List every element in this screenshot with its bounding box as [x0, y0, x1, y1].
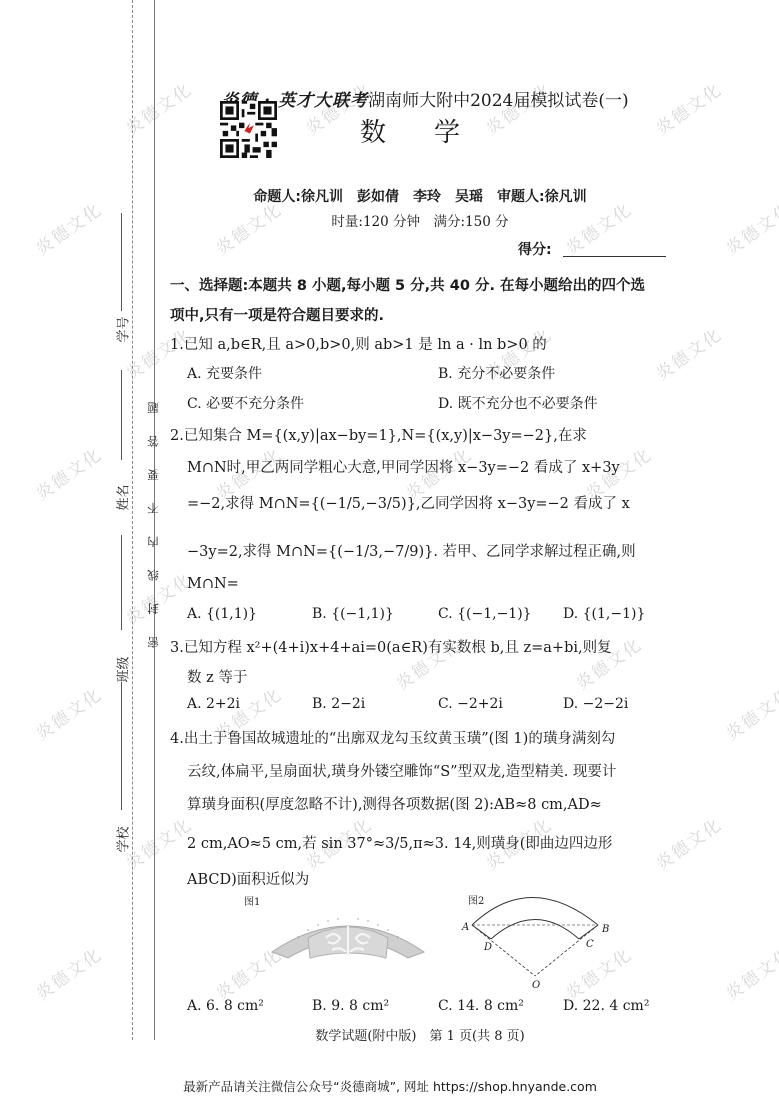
question-1: 1.已知 a,b∈R,且 a>0,b>0,则 ab>1 是 ln a · ln …	[170, 333, 670, 354]
question-4-line2: 云纹,体扁平,呈扇面状,璜身外镂空雕饰“S”型双龙,造型精美. 现要计	[187, 760, 687, 781]
watermark: 炎德文化	[30, 440, 107, 504]
watermark: 炎德文化	[30, 680, 107, 744]
watermark: 炎德文化	[650, 75, 727, 139]
watermark: 炎德文化	[720, 195, 779, 259]
question-stem: 已知集合 M={(x,y)|ax−by=1},N={(x,y)|x−3y=−2}…	[184, 428, 587, 444]
q3-option-d[interactable]: D. −2−2i	[563, 696, 628, 712]
q2-option-a[interactable]: A. {(1,1)}	[187, 606, 257, 622]
student-id-label: 学号	[113, 316, 132, 344]
school-label: 学校	[113, 826, 132, 854]
question-stem: 已知 a,b∈R,且 a>0,b>0,则 ab>1 是 ln a · ln b>…	[184, 337, 547, 353]
q4-option-b[interactable]: B. 9. 8 cm²	[312, 998, 389, 1014]
question-number: 3.	[170, 640, 184, 656]
question-2-line3: =−2,求得 M∩N={(−1/5,−3/5)},乙同学因将 x−3y=−2 看…	[187, 492, 687, 513]
q1-option-a[interactable]: A. 充要条件	[187, 363, 262, 383]
qr-code-icon[interactable]	[220, 101, 277, 158]
figure-1-jade-image	[268, 908, 428, 964]
question-2-line5: M∩N=	[187, 576, 687, 592]
seal-text: 密封线内不要答题	[136, 380, 150, 648]
q1-option-d[interactable]: D. 既不充分也不必要条件	[438, 393, 598, 413]
name-label: 姓名	[113, 484, 132, 512]
watermark: 炎德文化	[720, 940, 779, 1004]
question-4-line1: 4.出土于鲁国故城遗址的“出廓双龙勾玉纹黄玉璜”(图 1)的璜身满刻勾	[170, 727, 670, 748]
timing-line: 时量:120 分钟 满分:150 分	[200, 210, 640, 230]
score-field[interactable]	[563, 256, 666, 257]
point-b-label: B	[602, 924, 609, 935]
section-heading-line1: 一、选择题:本题共 8 小题,每小题 5 分,共 40 分. 在每小题给出的四个…	[170, 274, 670, 295]
question-number: 4.	[170, 731, 184, 747]
name-line[interactable]	[121, 370, 122, 460]
question-number: 1.	[170, 337, 184, 353]
q2-option-b[interactable]: B. {(−1,1)}	[312, 606, 394, 622]
q3-option-a[interactable]: A. 2+2i	[187, 696, 240, 712]
question-4-line4: 2 cm,AO≈5 cm,若 sin 37°≈3/5,π≈3. 14,则璜身(即…	[187, 832, 687, 853]
question-4-line3: 算璜身面积(厚度忽略不计),测得各项数据(图 2):AB≈8 cm,AD≈	[187, 793, 687, 814]
point-a-label: A	[462, 922, 469, 933]
q4-option-c[interactable]: C. 14. 8 cm²	[438, 998, 524, 1014]
question-3-line1: 3.已知方程 x²+(4+i)x+4+ai=0(a∈R)有实数根 b,且 z=a…	[170, 636, 670, 657]
q2-option-d[interactable]: D. {(1,−1)}	[563, 606, 645, 622]
q4-option-a[interactable]: A. 6. 8 cm²	[187, 998, 264, 1014]
watermark: 炎德文化	[30, 940, 107, 1004]
q3-option-c[interactable]: C. −2+2i	[438, 696, 503, 712]
school-line[interactable]	[121, 682, 122, 810]
question-4-line5: ABCD)面积近似为	[187, 868, 687, 889]
score-label: 得分:	[518, 239, 552, 259]
watermark: 炎德文化	[30, 195, 107, 259]
page-footer: 数学试题(附中版) 第 1 页(共 8 页)	[170, 1025, 670, 1044]
question-stem: 已知方程 x²+(4+i)x+4+ai=0(a∈R)有实数根 b,且 z=a+b…	[184, 640, 612, 656]
class-line[interactable]	[121, 535, 122, 630]
question-number: 2.	[170, 428, 184, 444]
figure-2-label: 图2	[468, 892, 484, 907]
point-d-label: D	[484, 942, 492, 953]
question-2-line1: 2.已知集合 M={(x,y)|ax−by=1},N={(x,y)|x−3y=−…	[170, 424, 670, 445]
point-c-label: C	[586, 939, 594, 950]
q4-option-d[interactable]: D. 22. 4 cm²	[563, 998, 649, 1014]
q2-option-c[interactable]: C. {(−1,−1)}	[438, 606, 532, 622]
point-o-label: O	[532, 980, 540, 991]
question-3-line2: 数 z 等于	[187, 666, 687, 687]
watermark: 炎德文化	[720, 680, 779, 744]
section-heading-line2: 项中,只有一项是符合题目要求的.	[170, 304, 670, 325]
question-2-line4: −3y=2,求得 M∩N={(−1/3,−7/9)}. 若甲、乙同学求解过程正确…	[187, 540, 687, 561]
authors-line: 命题人:徐凡训 彭如倩 李玲 吴瑶 审题人:徐凡训	[200, 186, 640, 206]
q1-option-c[interactable]: C. 必要不充分条件	[187, 393, 304, 413]
figure-1-label: 图1	[244, 893, 260, 908]
subject-title: 数学	[360, 112, 508, 149]
question-2-line2: M∩N时,甲乙两同学粗心大意,甲同学因将 x−3y=−2 看成了 x+3y	[187, 456, 687, 477]
promo-note: 最新产品请关注微信公众号“炎德商城”, 网址 https://shop.hnya…	[150, 1077, 630, 1095]
exam-name: 湖南师大附中2024届模拟试卷(一)	[368, 91, 629, 111]
class-label: 班级	[113, 656, 132, 684]
question-stem: 出土于鲁国故城遗址的“出廓双龙勾玉纹黄玉璜”(图 1)的璜身满刻勾	[184, 731, 615, 747]
figure-2-diagram: 图2 A B C D O	[460, 890, 660, 990]
q1-option-b[interactable]: B. 充分不必要条件	[438, 363, 555, 383]
student-id-line[interactable]	[121, 213, 122, 311]
dashed-fold-line	[132, 0, 133, 1040]
q3-option-b[interactable]: B. 2−2i	[312, 696, 365, 712]
